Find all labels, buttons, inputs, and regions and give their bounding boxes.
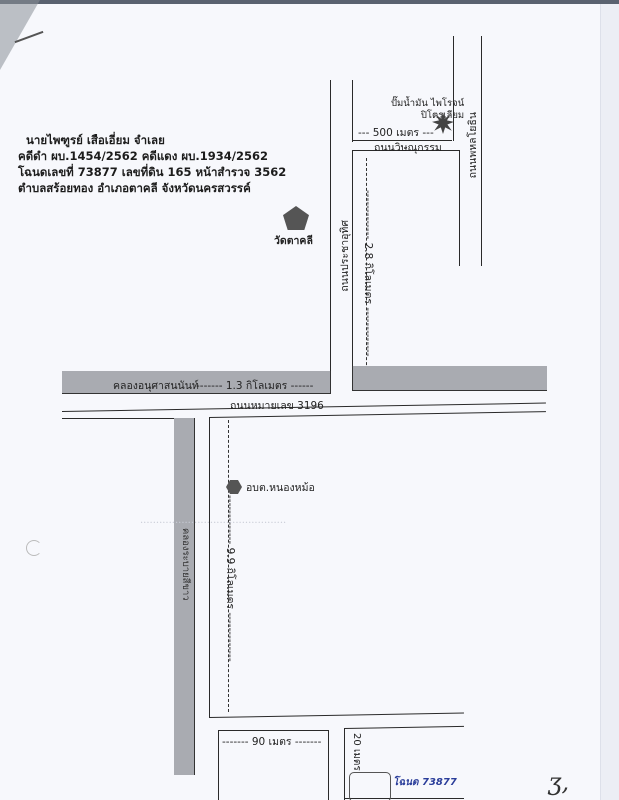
road-label-witsanukam: ถนนวิษณุกรรม — [374, 139, 442, 156]
distance-20m: 20 เมตร — [349, 733, 364, 771]
subject-plot-marker — [349, 772, 391, 800]
location-line: ตำบลสร้อยทอง อำเภอตาคลี จังหวัดนครสวรรค์ — [18, 180, 286, 196]
road-edge — [209, 418, 210, 718]
road-edge — [481, 36, 482, 266]
road-edge — [453, 36, 454, 141]
temple-label: วัดตาคลี — [274, 232, 313, 249]
plot-edge — [328, 730, 329, 800]
canal-label-drainage: คลองระบายสีขาว — [178, 528, 193, 601]
sao-office-label: อบต.หนองหม้อ — [246, 479, 315, 496]
canal-label-anusat: คลองอนุศาสนนันท์ — [113, 377, 199, 394]
canal-anusat-right — [352, 366, 547, 391]
road-edge — [352, 80, 353, 142]
scan-border — [0, 0, 619, 4]
distance-1-3km: ------- 1.3 กิโลเมตร ------ — [196, 377, 313, 394]
road-label-3196: ถนนหมายเลข 3196 — [230, 397, 324, 414]
plot-edge — [218, 730, 328, 731]
bleed-through-text: ........................................… — [140, 515, 286, 526]
plot-edge — [344, 728, 345, 800]
gas-station-label: ปั๊มน้ำมัน ไพโรจน์ ปิโตรเลียม — [391, 98, 464, 122]
plot-edge — [218, 730, 219, 800]
handwritten-deed-note: โฉนด 73877 — [393, 775, 457, 790]
punch-hole-mark — [26, 540, 42, 556]
road-edge — [459, 150, 460, 266]
distance-90m: ------- 90 เมตร ------- — [222, 733, 321, 750]
deed-line: โฉนดเลขที่ 73877 เลขที่ดิน 165 หน้าสำรวจ… — [18, 164, 286, 180]
road-edge — [330, 80, 331, 390]
case-header: นายไพฑูรย์ เสือเอี่ยม จำเลย คดีดำ ผบ.145… — [18, 132, 286, 196]
page-edge — [600, 0, 619, 800]
gas-station-label-line2: ปิโตรเลียม — [391, 110, 464, 122]
road-label-phahonyothin: ถนนพหลโยธิน — [464, 112, 481, 178]
signature-mark: ʒ, — [548, 768, 569, 796]
distance-2-8km-text: ------------- 2.8 กิโลเมตร ------------- — [362, 190, 374, 357]
road-label-pracha-uthit: ถนนประชาอุทิศ — [336, 220, 353, 292]
defendant-line: นายไพฑูรย์ เสือเอี่ยม จำเลย — [18, 132, 286, 148]
case-number-line: คดีดำ ผบ.1454/2562 คดีแดง ผบ.1934/2562 — [18, 148, 286, 164]
gas-station-label-line1: ปั๊มน้ำมัน ไพโรจน์ — [391, 98, 464, 110]
distance-2-8km: ------------- 2.8 กิโลเมตร ------------- — [360, 190, 377, 357]
